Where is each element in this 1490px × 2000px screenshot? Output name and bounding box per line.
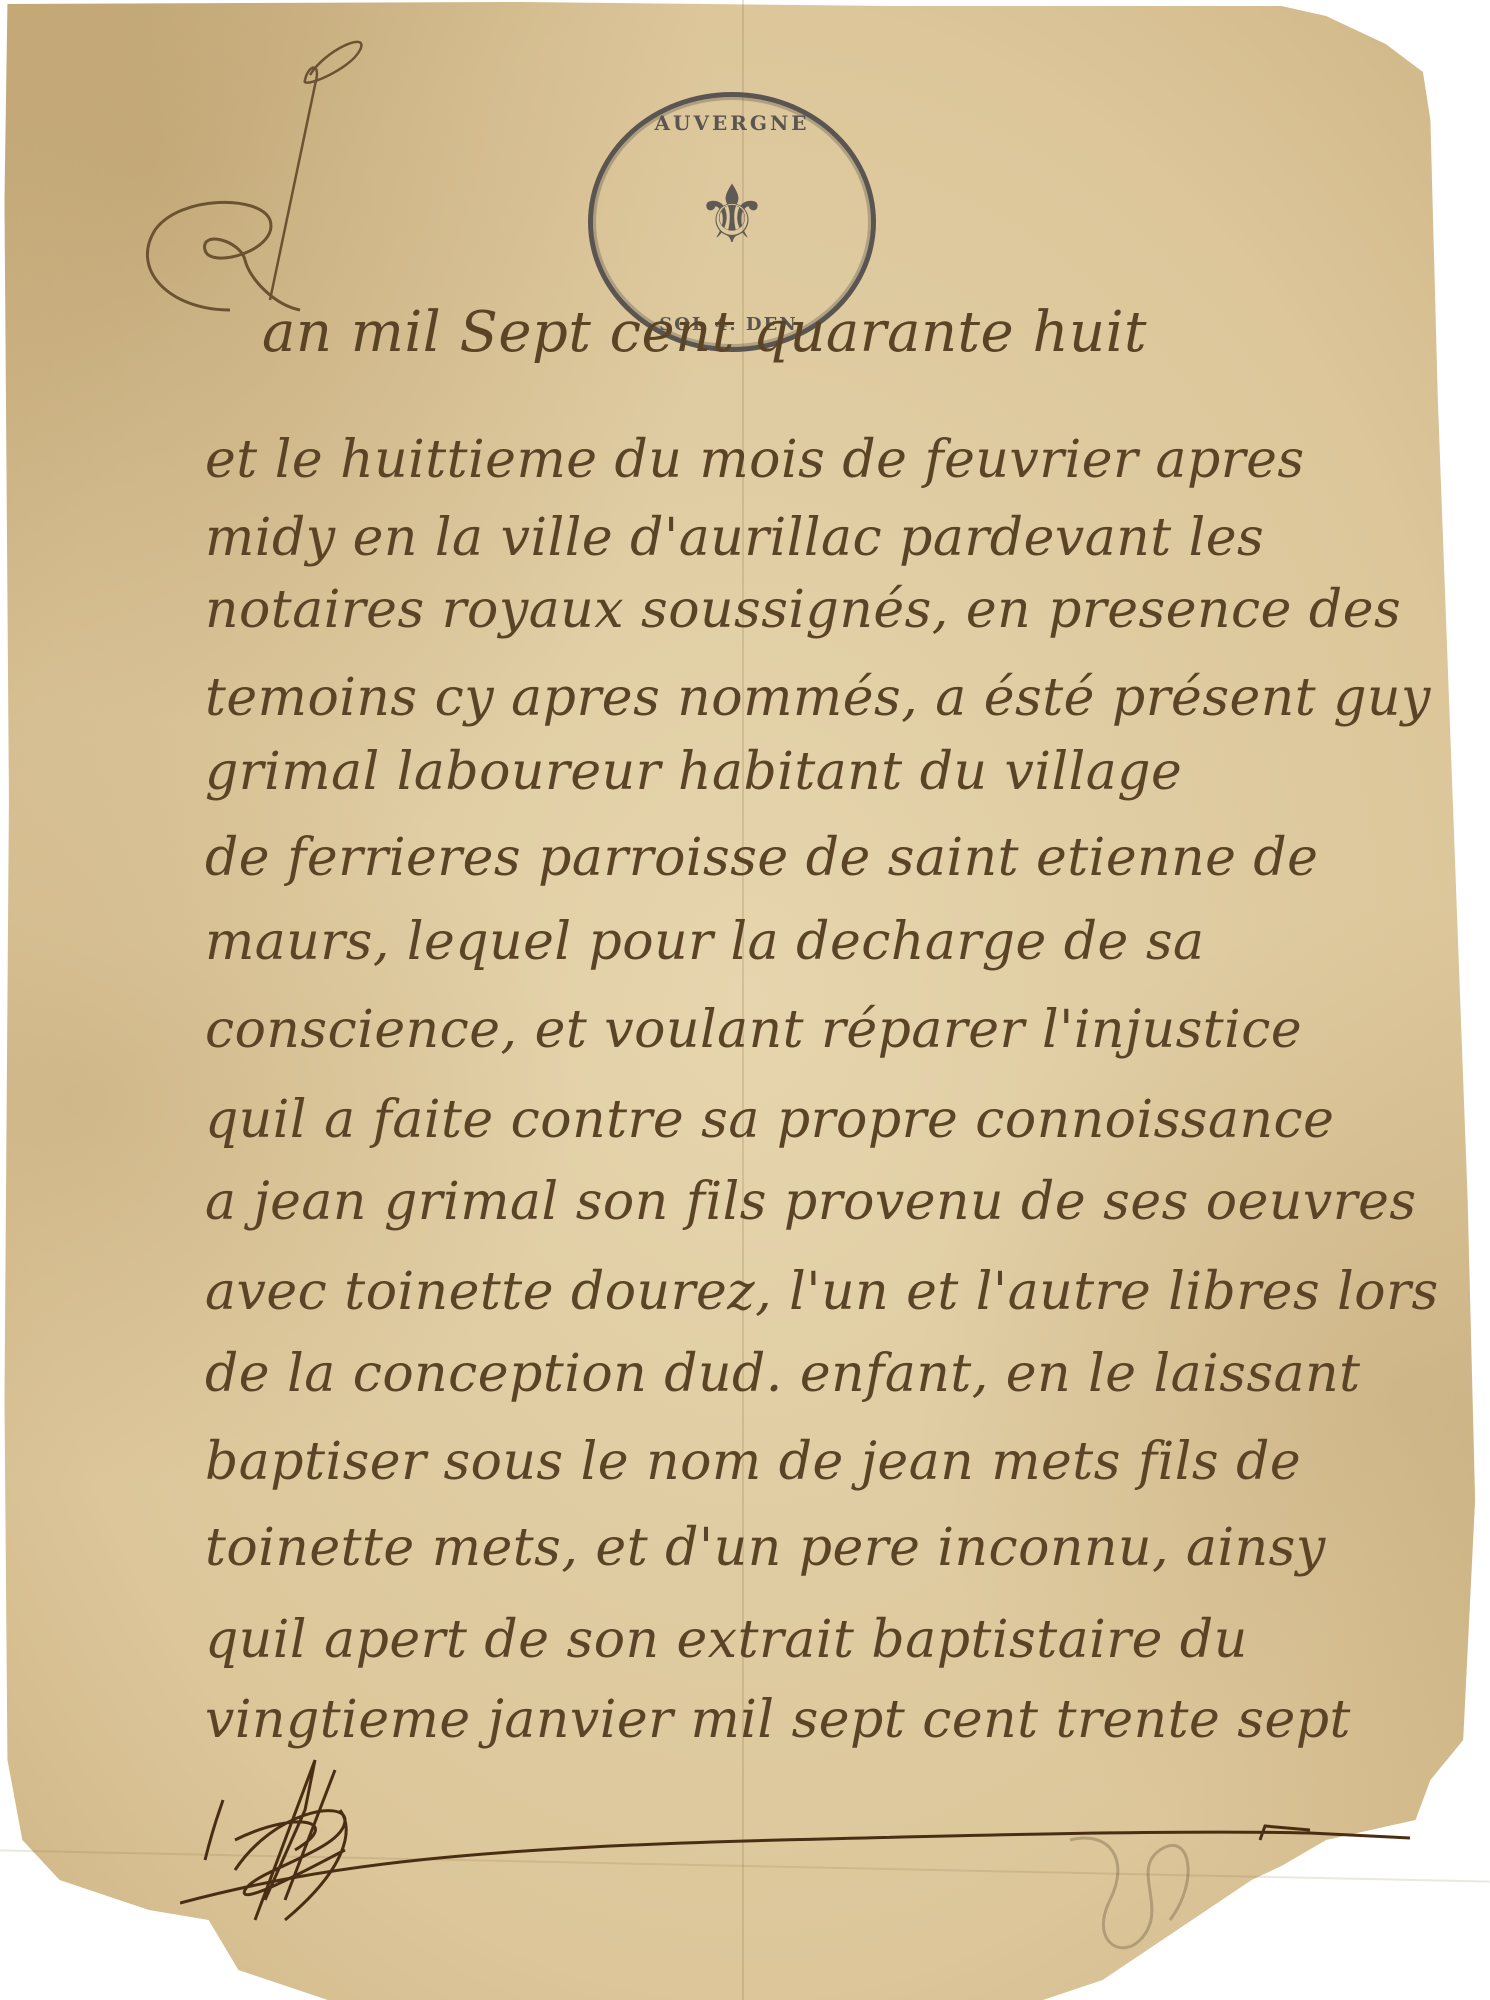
- text-line-3: midy en la ville d'aurillac pardevant le…: [205, 508, 1264, 568]
- text-line-12: avec toinette dourez, l'un et l'autre li…: [205, 1262, 1439, 1322]
- text-line-5: temoins cy apres nommés, a ésté présent …: [205, 668, 1431, 728]
- text-line-8: maurs, lequel pour la decharge de sa: [205, 912, 1205, 972]
- text-line-10: quil a faite contre sa propre connoissan…: [205, 1090, 1334, 1150]
- decorated-initial-icon: [110, 10, 370, 320]
- fleur-de-lis-icon: ⚜: [593, 155, 871, 275]
- text-line-6: grimal laboureur habitant du village: [205, 742, 1182, 802]
- text-line-4: notaires royaux soussignés, en presence …: [205, 580, 1401, 640]
- text-line-15: toinette mets, et d'un pere inconnu, ain…: [205, 1518, 1326, 1578]
- text-line-13: de la conception dud. enfant, en le lais…: [205, 1344, 1361, 1404]
- seal-top-text: AUVERGNE: [593, 111, 871, 135]
- text-line-9: conscience, et voulant réparer l'injusti…: [205, 1000, 1302, 1060]
- text-line-1: an mil Sept cent quarante huit: [262, 300, 1147, 365]
- text-line-11: a jean grimal son fils provenu de ses oe…: [205, 1172, 1417, 1232]
- text-line-16: quil apert de son extrait baptistaire du: [205, 1610, 1248, 1670]
- closing-rule-line: [180, 1818, 1420, 1908]
- text-line-2: et le huittieme du mois de feuvrier apre…: [205, 430, 1305, 490]
- text-line-14: baptiser sous le nom de jean mets fils d…: [205, 1432, 1301, 1492]
- ink-bleed-through-mark: [1050, 1820, 1210, 1970]
- text-line-17: vingtieme janvier mil sept cent trente s…: [205, 1690, 1351, 1750]
- text-line-7: de ferrieres parroisse de saint etienne …: [205, 828, 1318, 888]
